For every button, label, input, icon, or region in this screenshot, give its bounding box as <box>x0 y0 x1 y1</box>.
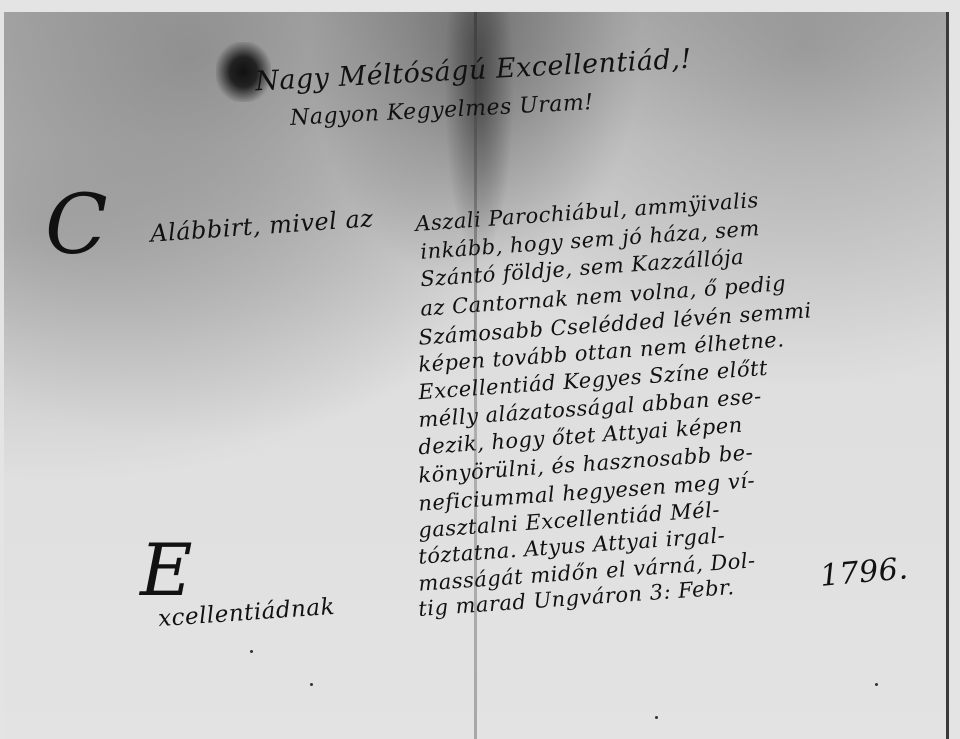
paper-speck <box>875 683 878 686</box>
scanned-page: Nagy Méltóságú Excellentiád,! Nagyon Keg… <box>0 0 960 739</box>
paper-speck <box>250 650 253 653</box>
paper-speck <box>310 683 313 686</box>
opening-initial: C <box>45 178 108 273</box>
closing-initial: E <box>140 528 193 612</box>
paper-speck <box>655 716 658 719</box>
